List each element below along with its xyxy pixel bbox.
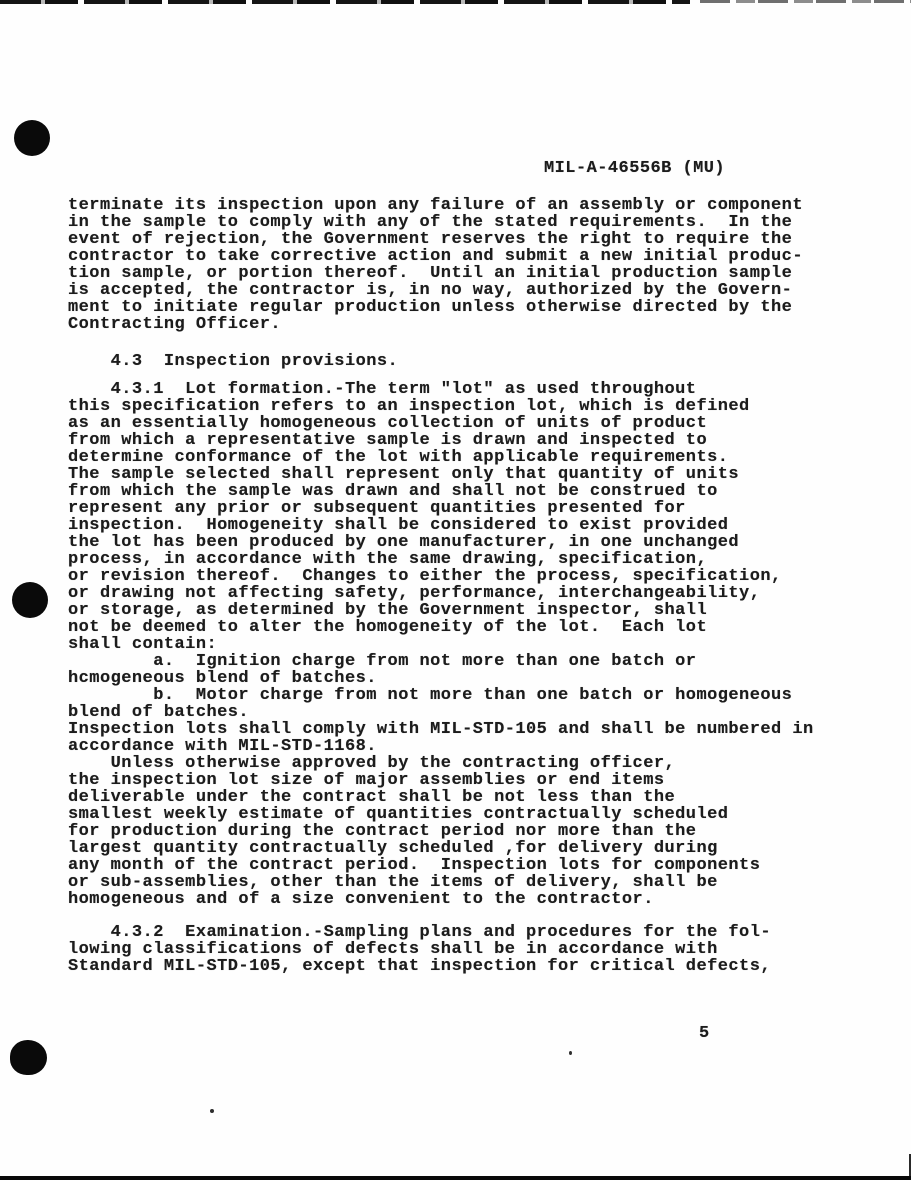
ink-speck: [569, 1051, 572, 1055]
ink-speck: [210, 1109, 214, 1113]
hole-punch-top: [14, 120, 50, 156]
paragraph-continuation: terminate its inspection upon any failur…: [68, 197, 803, 333]
spec-number-header: MIL-A-46556B (MU): [544, 160, 725, 177]
page-number: 5: [699, 1025, 710, 1042]
section-4-3-heading: 4.3 Inspection provisions.: [68, 353, 398, 370]
section-4-3-1-lot-formation-paragraph: 4.3.1 Lot formation.-The term "lot" as u…: [68, 381, 814, 908]
scan-edge-artifact-bottom: [0, 1176, 911, 1180]
hole-punch-bottom: [10, 1040, 47, 1075]
scan-edge-artifact-top-right: [700, 0, 911, 3]
hole-punch-middle: [12, 582, 48, 618]
scan-edge-artifact-top-left: [0, 0, 690, 4]
section-4-3-2-examination-paragraph: 4.3.2 Examination.-Sampling plans and pr…: [68, 924, 771, 975]
scanned-document-page: MIL-A-46556B (MU) terminate its inspecti…: [0, 0, 911, 1180]
